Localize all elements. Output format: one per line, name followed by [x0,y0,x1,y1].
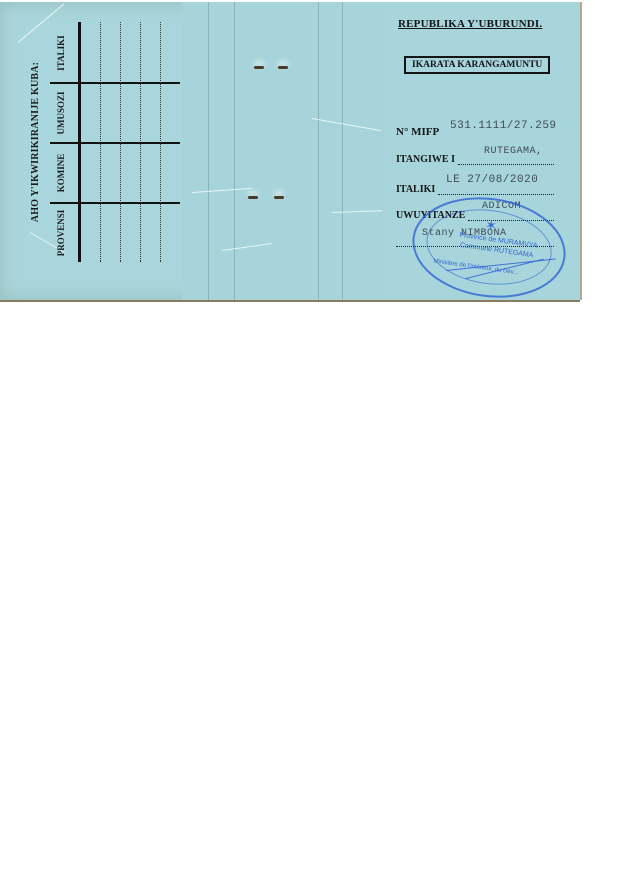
date-label: ITALIKI [396,184,435,195]
identity-details-panel: REPUBLIKA Y'UBURUNDI. IKARATA KARANGAMUN… [386,2,582,300]
mifp-value: 531.1111/27.259 [450,120,557,132]
column-header-komine: KOMINE [56,144,66,202]
blank-middle-panel [182,2,388,300]
column-header-provensi: PROVENSI [56,204,66,262]
crease-line [318,2,319,300]
residence-table: PROVENSI KOMINE UMUSOZI ITALIKI [50,22,180,262]
crease-line [234,2,235,300]
card-type-label: IKARATA KARANGAMUNTU [404,56,550,74]
dotted-line [458,164,554,165]
dotted-line [438,194,554,195]
issued-at-label: ITANGIWE I [396,154,455,165]
column-header-italiki: ITALIKI [56,24,66,82]
column-header-umusozi: UMUSOZI [56,84,66,142]
date-value: LE 27/08/2020 [446,174,538,186]
table-row [160,22,161,262]
scratch-mark [192,188,252,193]
official-stamp: ✶ Province de MURAMVYA Commune RUTEGAMA … [406,188,572,307]
residence-table-rotated: AHO Y'IKWIRIKIRANIJE KUBA: PROVENSI KOMI… [0,2,182,302]
mifp-label: N° MIFP [396,126,439,138]
table-row [100,22,101,262]
scratch-mark [222,243,272,251]
crease-line [342,2,343,300]
staple-hole [248,196,258,199]
table-row [140,22,141,262]
staple-hole [278,66,288,69]
issued-at-value: RUTEGAMA, [484,146,543,157]
table-row [120,22,121,262]
identity-card: AHO Y'IKWIRIKIRANIJE KUBA: PROVENSI KOMI… [0,2,580,302]
country-title: REPUBLIKA Y'UBURUNDI. [398,18,542,30]
residence-table-title: AHO Y'IKWIRIKIRANIJE KUBA: [30,22,41,262]
staple-hole [274,196,284,199]
staple-hole [254,66,264,69]
coat-of-arms-icon: ✶ [484,217,498,235]
residence-history-panel: AHO Y'IKWIRIKIRANIJE KUBA: PROVENSI KOMI… [0,2,183,300]
crease-line [208,2,209,300]
scratch-mark [332,210,382,213]
scratch-mark [312,118,381,131]
